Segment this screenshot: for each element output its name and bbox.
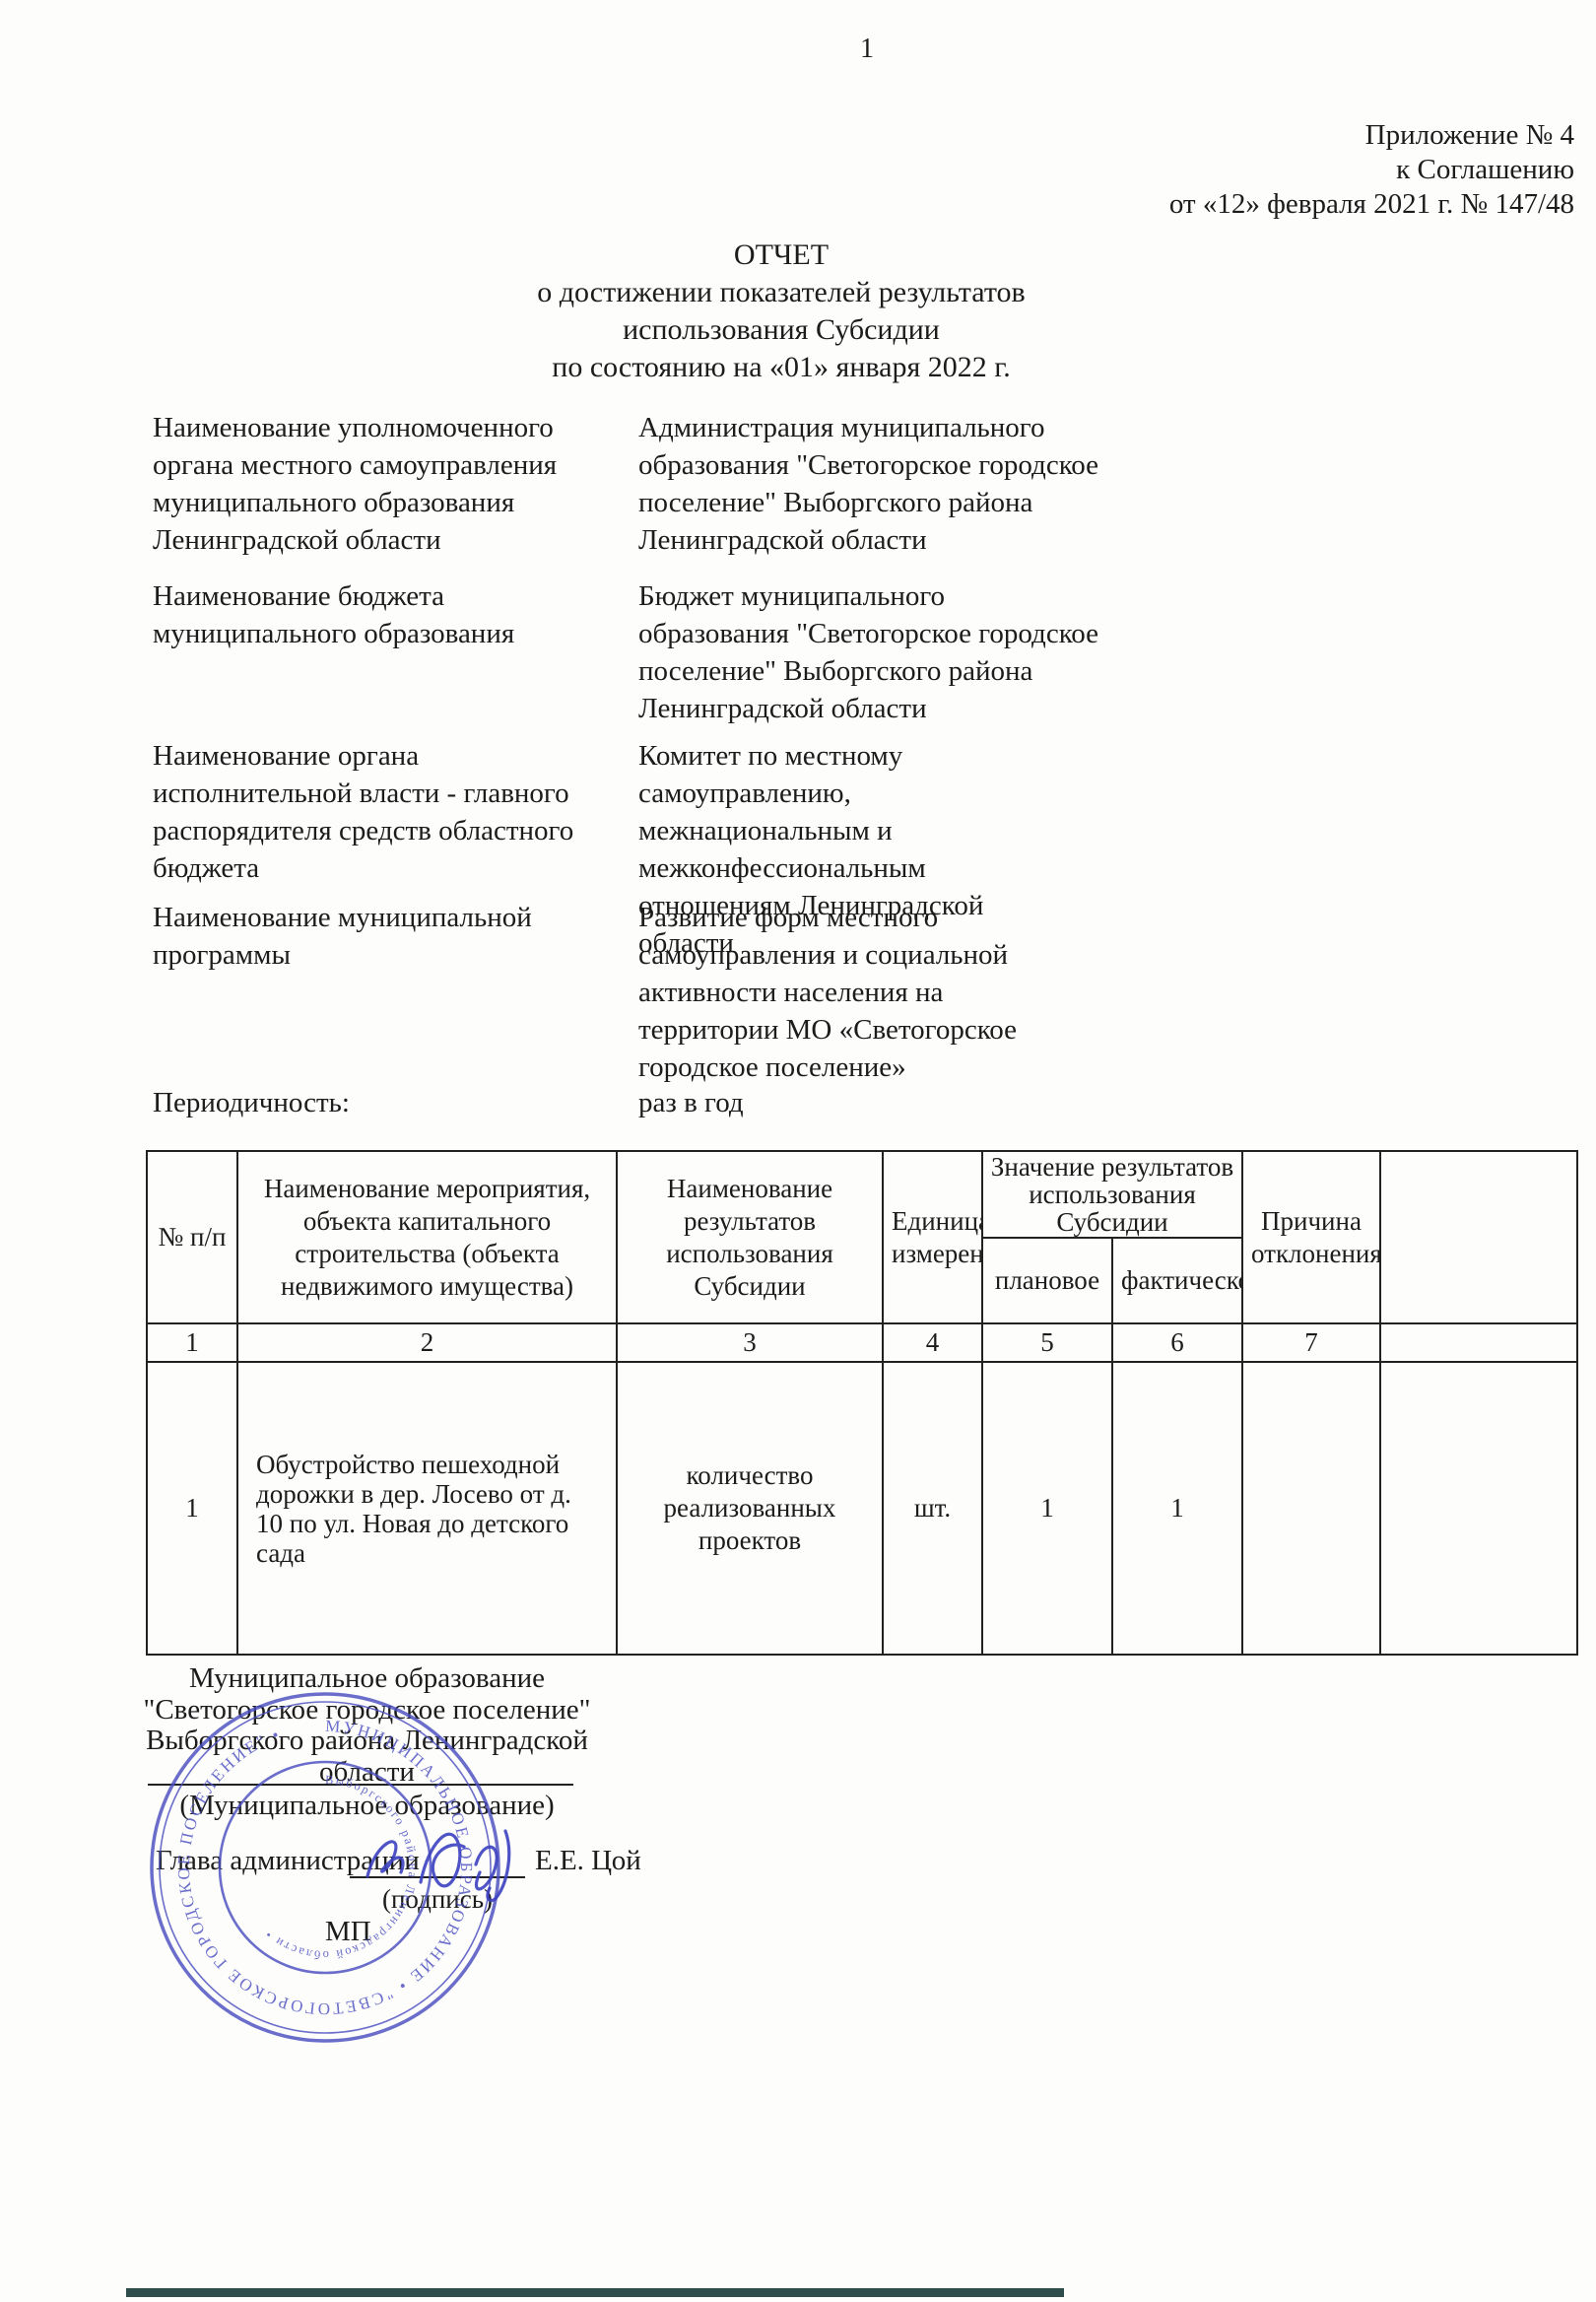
title-line: ОТЧЕТ <box>146 237 1417 274</box>
info-value-periodicity: раз в год <box>638 1084 1101 1121</box>
report-title: ОТЧЕТ о достижении показателей результат… <box>146 237 1417 386</box>
header-planned: плановое <box>982 1238 1112 1323</box>
colnum: 3 <box>617 1323 883 1362</box>
colnum: 4 <box>883 1323 982 1362</box>
table-row: 1 Обустройство пешеходной дорожки в дер.… <box>147 1362 1577 1655</box>
info-label-program: Наименование муниципальной программы <box>153 899 576 974</box>
appendix-line: к Соглашению <box>983 153 1574 187</box>
header-empty <box>1380 1151 1577 1323</box>
appendix-line: от «12» февраля 2021 г. № 147/48 <box>983 187 1574 222</box>
info-label-executive-body: Наименование органа исполнительной власт… <box>153 737 576 887</box>
cell-num: 1 <box>147 1362 237 1655</box>
colnum-empty <box>1380 1323 1577 1362</box>
info-value-authority: Администрация муниципального образования… <box>638 409 1101 559</box>
results-table: № п/п Наименование мероприятия, объекта … <box>146 1150 1578 1656</box>
cell-actual: 1 <box>1112 1362 1242 1655</box>
header-num: № п/п <box>147 1151 237 1323</box>
title-line: о достижении показателей результатов <box>146 274 1417 311</box>
colnum: 6 <box>1112 1323 1242 1362</box>
signature-icon <box>350 1805 576 1924</box>
scan-artifact-bar <box>126 2288 1064 2297</box>
info-label-periodicity: Периодичность: <box>153 1084 576 1121</box>
colnum: 5 <box>982 1323 1112 1362</box>
cell-activity: Обустройство пешеходной дорожки в дер. Л… <box>237 1362 617 1655</box>
header-activity: Наименование мероприятия, объекта капита… <box>237 1151 617 1323</box>
handwritten-signature <box>350 1805 576 1924</box>
cell-reason <box>1242 1362 1380 1655</box>
cell-result: количество реализованных проектов <box>617 1362 883 1655</box>
header-result: Наименование результатов использования С… <box>617 1151 883 1323</box>
colnum: 7 <box>1242 1323 1380 1362</box>
header-unit: Единица измерения <box>883 1151 982 1323</box>
cell-empty <box>1380 1362 1577 1655</box>
info-label-authority: Наименование уполномоченного органа мест… <box>153 409 576 559</box>
colnum: 2 <box>237 1323 617 1362</box>
cell-unit: шт. <box>883 1362 982 1655</box>
info-label-budget: Наименование бюджета муниципального обра… <box>153 577 576 652</box>
title-line: по состоянию на «01» января 2022 г. <box>146 349 1417 386</box>
appendix-line: Приложение № 4 <box>983 118 1574 153</box>
appendix-block: Приложение № 4 к Соглашению от «12» февр… <box>983 118 1574 222</box>
header-actual: фактическое <box>1112 1238 1242 1323</box>
info-value-budget: Бюджет муниципального образования "Свето… <box>638 577 1101 727</box>
header-value-group: Значение результатов использования Субси… <box>982 1151 1242 1238</box>
page-number: 1 <box>768 34 965 65</box>
info-value-program: Развитие форм местного самоуправления и … <box>638 899 1057 1086</box>
colnum: 1 <box>147 1323 237 1362</box>
cell-planned: 1 <box>982 1362 1112 1655</box>
header-reason: Причина отклонения <box>1242 1151 1380 1323</box>
title-line: использования Субсидии <box>146 311 1417 349</box>
scanned-report-page: 1 Приложение № 4 к Соглашению от «12» фе… <box>0 0 1596 2302</box>
